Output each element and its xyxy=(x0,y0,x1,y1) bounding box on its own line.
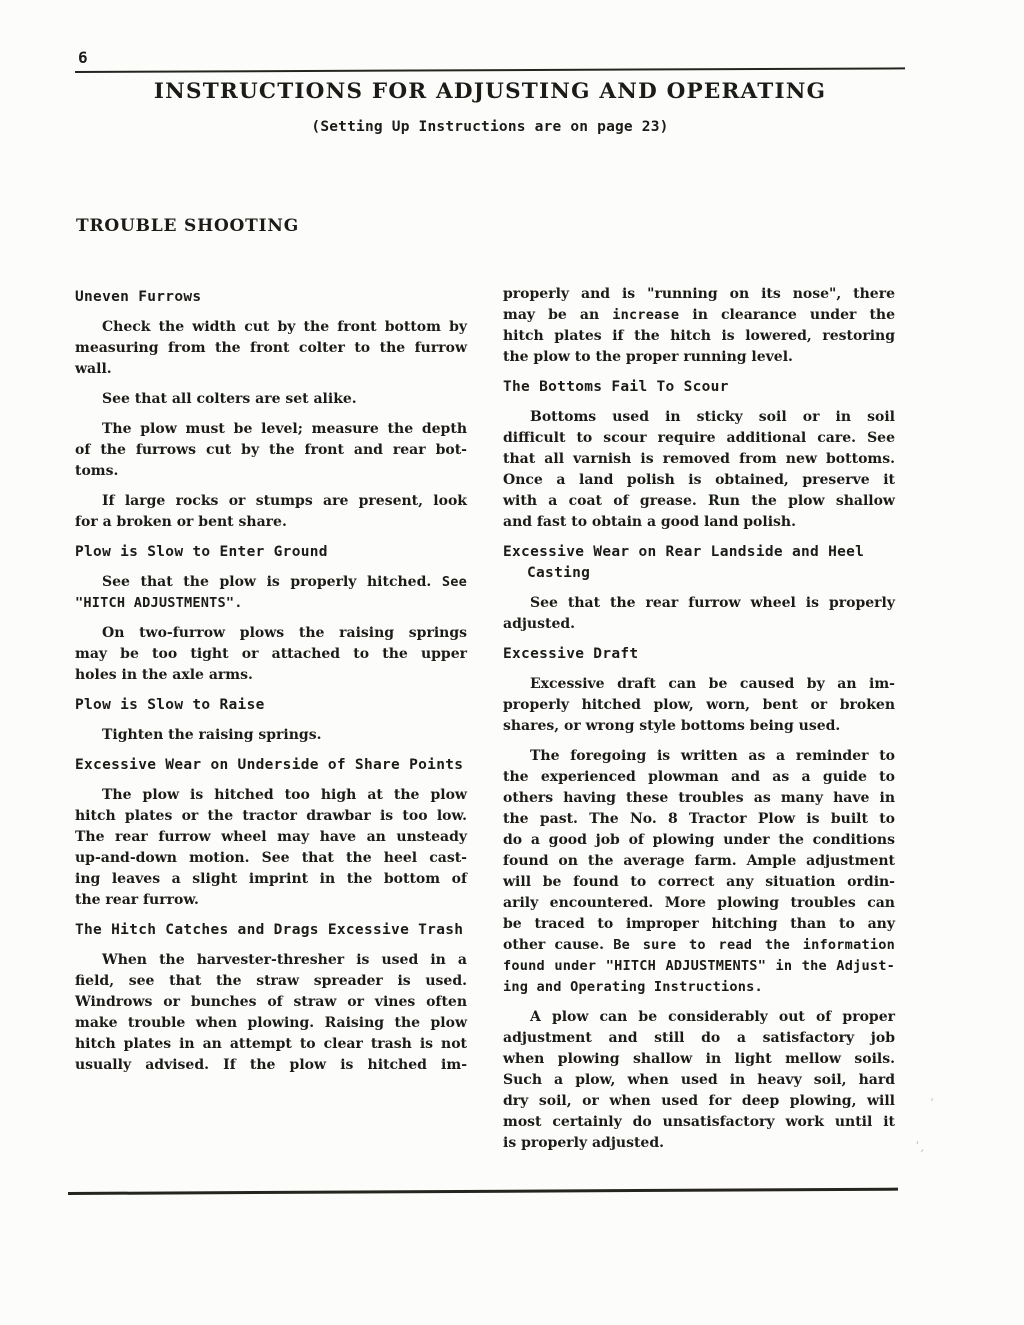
text-line: be traced to improper hitching than to a… xyxy=(503,914,895,935)
topic-heading: The Bottoms Fail To Scour xyxy=(503,377,895,398)
page-title: INSTRUCTIONS FOR ADJUSTING AND OPERATING xyxy=(0,79,980,104)
text-line: found on the average farm. Ample adjustm… xyxy=(503,851,895,872)
heading-line: Plow is Slow to Raise xyxy=(75,695,467,716)
body-text-run: wall. xyxy=(75,361,112,377)
body-text-run: may be an xyxy=(503,307,612,323)
text-line: properly and is "running on its nose", t… xyxy=(503,284,895,305)
gothic-text-run: See xyxy=(442,574,467,590)
text-line: Bottoms used in sticky soil or in soil xyxy=(503,407,895,428)
text-line: Such a plow, when used in heavy soil, ha… xyxy=(503,1070,895,1091)
body-text-run: other cause. xyxy=(503,937,613,953)
body-text-run: hitch plates or the tractor drawbar is t… xyxy=(75,808,467,824)
body-text-run: will be found to correct any situation o… xyxy=(503,874,895,890)
heading-line: Plow is Slow to Enter Ground xyxy=(75,542,467,563)
body-text-run: See that the rear furrow wheel is proper… xyxy=(530,595,895,611)
gothic-text-run: The Hitch Catches and Drags Excessive Tr… xyxy=(75,922,463,938)
body-text-run: Bottoms used in sticky soil or in soil xyxy=(530,409,895,425)
topic-heading: Excessive Wear on Underside of Share Poi… xyxy=(75,755,467,776)
body-text-run: See that the plow is properly hitched. xyxy=(102,574,442,590)
text-line: hitch plates if the hitch is lowered, re… xyxy=(503,326,895,347)
body-text-run: for a broken or bent share. xyxy=(75,514,287,530)
body-text-run: measuring from the front colter to the f… xyxy=(75,340,467,356)
paragraph: A plow can be considerably out of proper… xyxy=(503,1007,895,1154)
text-line: of the furrows cut by the front and rear… xyxy=(75,440,467,461)
paragraph: See that all colters are set alike. xyxy=(75,389,467,410)
gothic-text-run: Excessive Wear on Underside of Share Poi… xyxy=(75,757,463,773)
text-line: do a good job of plowing under the condi… xyxy=(503,830,895,851)
text-line: "HITCH ADJUSTMENTS". xyxy=(75,593,467,614)
body-text-run: A plow can be considerably out of proper xyxy=(530,1009,895,1025)
body-text-run: when plowing shallow in light mellow soi… xyxy=(503,1051,895,1067)
body-text-run: holes in the axle arms. xyxy=(75,667,253,683)
body-text-run: up-and-down motion. See that the heel ca… xyxy=(75,850,467,866)
body-text-run: The plow is hitched too high at the plow xyxy=(102,787,467,803)
body-text-run: with a coat of grease. Run the plow shal… xyxy=(503,493,895,509)
body-text-run: properly and is "running on its nose", t… xyxy=(503,286,895,302)
gothic-text-run: "HITCH ADJUSTMENTS". xyxy=(75,595,243,611)
body-text-run: of the furrows cut by the front and rear… xyxy=(75,442,467,458)
body-text-run: Once a land polish is obtained, preserve… xyxy=(503,472,895,488)
gothic-text-run: Plow is Slow to Enter Ground xyxy=(75,544,328,560)
body-text-run: Excessive draft can be caused by an im- xyxy=(530,676,895,692)
text-line: If large rocks or stumps are present, lo… xyxy=(75,491,467,512)
text-line: The rear furrow wheel may have an unstea… xyxy=(75,827,467,848)
body-text-run: Check the width cut by the front bottom … xyxy=(102,319,467,335)
body-text-run: On two-furrow plows the raising springs xyxy=(102,625,467,641)
body-text-run: properly hitched plow, worn, bent or bro… xyxy=(503,697,895,713)
body-text-run: in clearance under the xyxy=(679,307,895,323)
text-line: toms. xyxy=(75,461,467,482)
text-line: the rear furrow. xyxy=(75,890,467,911)
paragraph: Check the width cut by the front bottom … xyxy=(75,317,467,380)
page-number: 6 xyxy=(78,48,88,67)
footer-rule xyxy=(68,1188,898,1195)
heading-line: Casting xyxy=(503,563,895,584)
gothic-text-run: Plow is Slow to Raise xyxy=(75,697,265,713)
text-line: The plow is hitched too high at the plow xyxy=(75,785,467,806)
gothic-text-run: increase xyxy=(612,307,679,323)
text-line: may be too tight or attached to the uppe… xyxy=(75,644,467,665)
text-line: On two-furrow plows the raising springs xyxy=(75,623,467,644)
text-line: when plowing shallow in light mellow soi… xyxy=(503,1049,895,1070)
text-line: arily encountered. More plowing troubles… xyxy=(503,893,895,914)
text-line: measuring from the front colter to the f… xyxy=(75,338,467,359)
body-text-run: ing leaves a slight imprint in the botto… xyxy=(75,871,467,887)
text-line: hitch plates in an attempt to clear tras… xyxy=(75,1034,467,1055)
paragraph: See that the rear furrow wheel is proper… xyxy=(503,593,895,635)
body-text-run: The foregoing is written as a reminder t… xyxy=(530,748,895,764)
body-text-run: The rear furrow wheel may have an unstea… xyxy=(75,829,467,845)
body-text-run: do a good job of plowing under the condi… xyxy=(503,832,895,848)
text-line: The foregoing is written as a reminder t… xyxy=(503,746,895,767)
body-text-run: field, see that the straw spreader is us… xyxy=(75,973,467,989)
body-text-run: most certainly do unsatisfactory work un… xyxy=(503,1114,895,1130)
paragraph: The foregoing is written as a reminder t… xyxy=(503,746,895,998)
text-line: adjusted. xyxy=(503,614,895,635)
text-line: difficult to scour require additional ca… xyxy=(503,428,895,449)
paragraph: Tighten the raising springs. xyxy=(75,725,467,746)
body-text-run: toms. xyxy=(75,463,118,479)
paragraph: See that the plow is properly hitched. S… xyxy=(75,572,467,614)
heading-line: The Bottoms Fail To Scour xyxy=(503,377,895,398)
text-line: usually advised. If the plow is hitched … xyxy=(75,1055,467,1076)
heading-line: Excessive Wear on Underside of Share Poi… xyxy=(75,755,467,776)
header-rule xyxy=(75,67,905,73)
paragraph: The plow must be level; measure the dept… xyxy=(75,419,467,482)
text-line: most certainly do unsatisfactory work un… xyxy=(503,1112,895,1133)
text-line: ing leaves a slight imprint in the botto… xyxy=(75,869,467,890)
text-line: When the harvester-thresher is used in a xyxy=(75,950,467,971)
gothic-text-run: Excessive Wear on Rear Landside and Heel xyxy=(503,544,864,560)
body-text-run: adjustment and still do a satisfactory j… xyxy=(503,1030,895,1046)
text-line: hitch plates or the tractor drawbar is t… xyxy=(75,806,467,827)
text-line: the past. The No. 8 Tractor Plow is buil… xyxy=(503,809,895,830)
section-heading: TROUBLE SHOOTING xyxy=(76,216,299,236)
body-text-run: dry soil, or when used for deep plowing,… xyxy=(503,1093,895,1109)
gothic-text-run: Uneven Furrows xyxy=(75,289,201,305)
text-line: wall. xyxy=(75,359,467,380)
text-line: field, see that the straw spreader is us… xyxy=(75,971,467,992)
gothic-text-run: found under "HITCH ADJUSTMENTS" in the A… xyxy=(503,958,895,974)
body-text-run: found on the average farm. Ample adjustm… xyxy=(503,853,895,869)
paragraph: The plow is hitched too high at the plow… xyxy=(75,785,467,911)
body-text-run: hitch plates if the hitch is lowered, re… xyxy=(503,328,895,344)
paragraph: On two-furrow plows the raising springsm… xyxy=(75,623,467,686)
text-line: the plow to the proper running level. xyxy=(503,347,895,368)
text-line: may be an increase in clearance under th… xyxy=(503,305,895,326)
text-line: A plow can be considerably out of proper xyxy=(503,1007,895,1028)
body-text-run: usually advised. If the plow is hitched … xyxy=(75,1057,467,1073)
paragraph: Excessive draft can be caused by an im-p… xyxy=(503,674,895,737)
text-line: that all varnish is removed from new bot… xyxy=(503,449,895,470)
body-text-run: make trouble when plowing. Raising the p… xyxy=(75,1015,467,1031)
text-line: up-and-down motion. See that the heel ca… xyxy=(75,848,467,869)
body-text-run: is properly adjusted. xyxy=(503,1135,664,1151)
body-text-run: Such a plow, when used in heavy soil, ha… xyxy=(503,1072,895,1088)
gothic-text-run: Casting xyxy=(527,565,590,581)
body-text-run: the past. The No. 8 Tractor Plow is buil… xyxy=(503,811,895,827)
text-line: Once a land polish is obtained, preserve… xyxy=(503,470,895,491)
topic-heading: Excessive Draft xyxy=(503,644,895,665)
body-text-run: shares, or wrong style bottoms being use… xyxy=(503,718,840,734)
text-line: See that the rear furrow wheel is proper… xyxy=(503,593,895,614)
text-line: Excessive draft can be caused by an im- xyxy=(503,674,895,695)
body-text-run: Tighten the raising springs. xyxy=(102,727,321,743)
body-text-run: others having these troubles as many hav… xyxy=(503,790,895,806)
heading-line: The Hitch Catches and Drags Excessive Tr… xyxy=(75,920,467,941)
topic-heading: Excessive Wear on Rear Landside and Heel… xyxy=(503,542,895,584)
paragraph: properly and is "running on its nose", t… xyxy=(503,284,895,368)
body-text-run: When the harvester-thresher is used in a xyxy=(102,952,467,968)
body-text-run: Windrows or bunches of straw or vines of… xyxy=(75,994,467,1010)
text-line: others having these troubles as many hav… xyxy=(503,788,895,809)
two-column-body: Uneven FurrowsCheck the width cut by the… xyxy=(75,284,895,1163)
gothic-text-run: ing and Operating Instructions. xyxy=(503,979,763,995)
heading-line: Uneven Furrows xyxy=(75,287,467,308)
body-text-run: adjusted. xyxy=(503,616,575,632)
body-text-run: The plow must be level; measure the dept… xyxy=(102,421,467,437)
body-text-run: the rear furrow. xyxy=(75,892,199,908)
body-text-run: the plow to the proper running level. xyxy=(503,349,793,365)
text-line: ing and Operating Instructions. xyxy=(503,977,895,998)
text-line: make trouble when plowing. Raising the p… xyxy=(75,1013,467,1034)
text-line: Tighten the raising springs. xyxy=(75,725,467,746)
text-line: other cause. Be sure to read the informa… xyxy=(503,935,895,956)
text-line: dry soil, or when used for deep plowing,… xyxy=(503,1091,895,1112)
body-text-run: If large rocks or stumps are present, lo… xyxy=(102,493,467,509)
text-line: See that all colters are set alike. xyxy=(75,389,467,410)
topic-heading: Uneven Furrows xyxy=(75,287,467,308)
paragraph: When the harvester-thresher is used in a… xyxy=(75,950,467,1076)
text-line: Check the width cut by the front bottom … xyxy=(75,317,467,338)
text-line: is properly adjusted. xyxy=(503,1133,895,1154)
text-line: adjustment and still do a satisfactory j… xyxy=(503,1028,895,1049)
text-line: shares, or wrong style bottoms being use… xyxy=(503,716,895,737)
body-text-run: difficult to scour require additional ca… xyxy=(503,430,895,446)
paragraph: Bottoms used in sticky soil or in soildi… xyxy=(503,407,895,533)
heading-line: Excessive Wear on Rear Landside and Heel xyxy=(503,542,895,563)
text-line: See that the plow is properly hitched. S… xyxy=(75,572,467,593)
right-column: properly and is "running on its nose", t… xyxy=(503,284,895,1163)
left-column: Uneven FurrowsCheck the width cut by the… xyxy=(75,284,467,1163)
text-line: holes in the axle arms. xyxy=(75,665,467,686)
text-line: for a broken or bent share. xyxy=(75,512,467,533)
paragraph: If large rocks or stumps are present, lo… xyxy=(75,491,467,533)
text-line: properly hitched plow, worn, bent or bro… xyxy=(503,695,895,716)
text-line: found under "HITCH ADJUSTMENTS" in the A… xyxy=(503,956,895,977)
body-text-run: hitch plates in an attempt to clear tras… xyxy=(75,1036,467,1052)
text-line: the experienced plowman and as a guide t… xyxy=(503,767,895,788)
text-line: and fast to obtain a good land polish. xyxy=(503,512,895,533)
text-line: The plow must be level; measure the dept… xyxy=(75,419,467,440)
body-text-run: be traced to improper hitching than to a… xyxy=(503,916,895,932)
body-text-run: See that all colters are set alike. xyxy=(102,391,357,407)
gothic-text-run: The Bottoms Fail To Scour xyxy=(503,379,729,395)
body-text-run: arily encountered. More plowing troubles… xyxy=(503,895,895,911)
text-line: with a coat of grease. Run the plow shal… xyxy=(503,491,895,512)
topic-heading: The Hitch Catches and Drags Excessive Tr… xyxy=(75,920,467,941)
scan-artifact: ' , xyxy=(913,1139,926,1154)
topic-heading: Plow is Slow to Raise xyxy=(75,695,467,716)
topic-heading: Plow is Slow to Enter Ground xyxy=(75,542,467,563)
manual-page: 6 INSTRUCTIONS FOR ADJUSTING AND OPERATI… xyxy=(0,0,1024,1325)
body-text-run: may be too tight or attached to the uppe… xyxy=(75,646,467,662)
heading-line: Excessive Draft xyxy=(503,644,895,665)
text-line: will be found to correct any situation o… xyxy=(503,872,895,893)
body-text-run: that all varnish is removed from new bot… xyxy=(503,451,895,467)
body-text-run: the experienced plowman and as a guide t… xyxy=(503,769,895,785)
page-subtitle: (Setting Up Instructions are on page 23) xyxy=(0,119,980,135)
text-line: Windrows or bunches of straw or vines of… xyxy=(75,992,467,1013)
body-text-run: and fast to obtain a good land polish. xyxy=(503,514,796,530)
gothic-text-run: Be sure to read the information xyxy=(613,937,895,953)
gothic-text-run: Excessive Draft xyxy=(503,646,638,662)
scan-artifact: ' xyxy=(929,1096,935,1109)
